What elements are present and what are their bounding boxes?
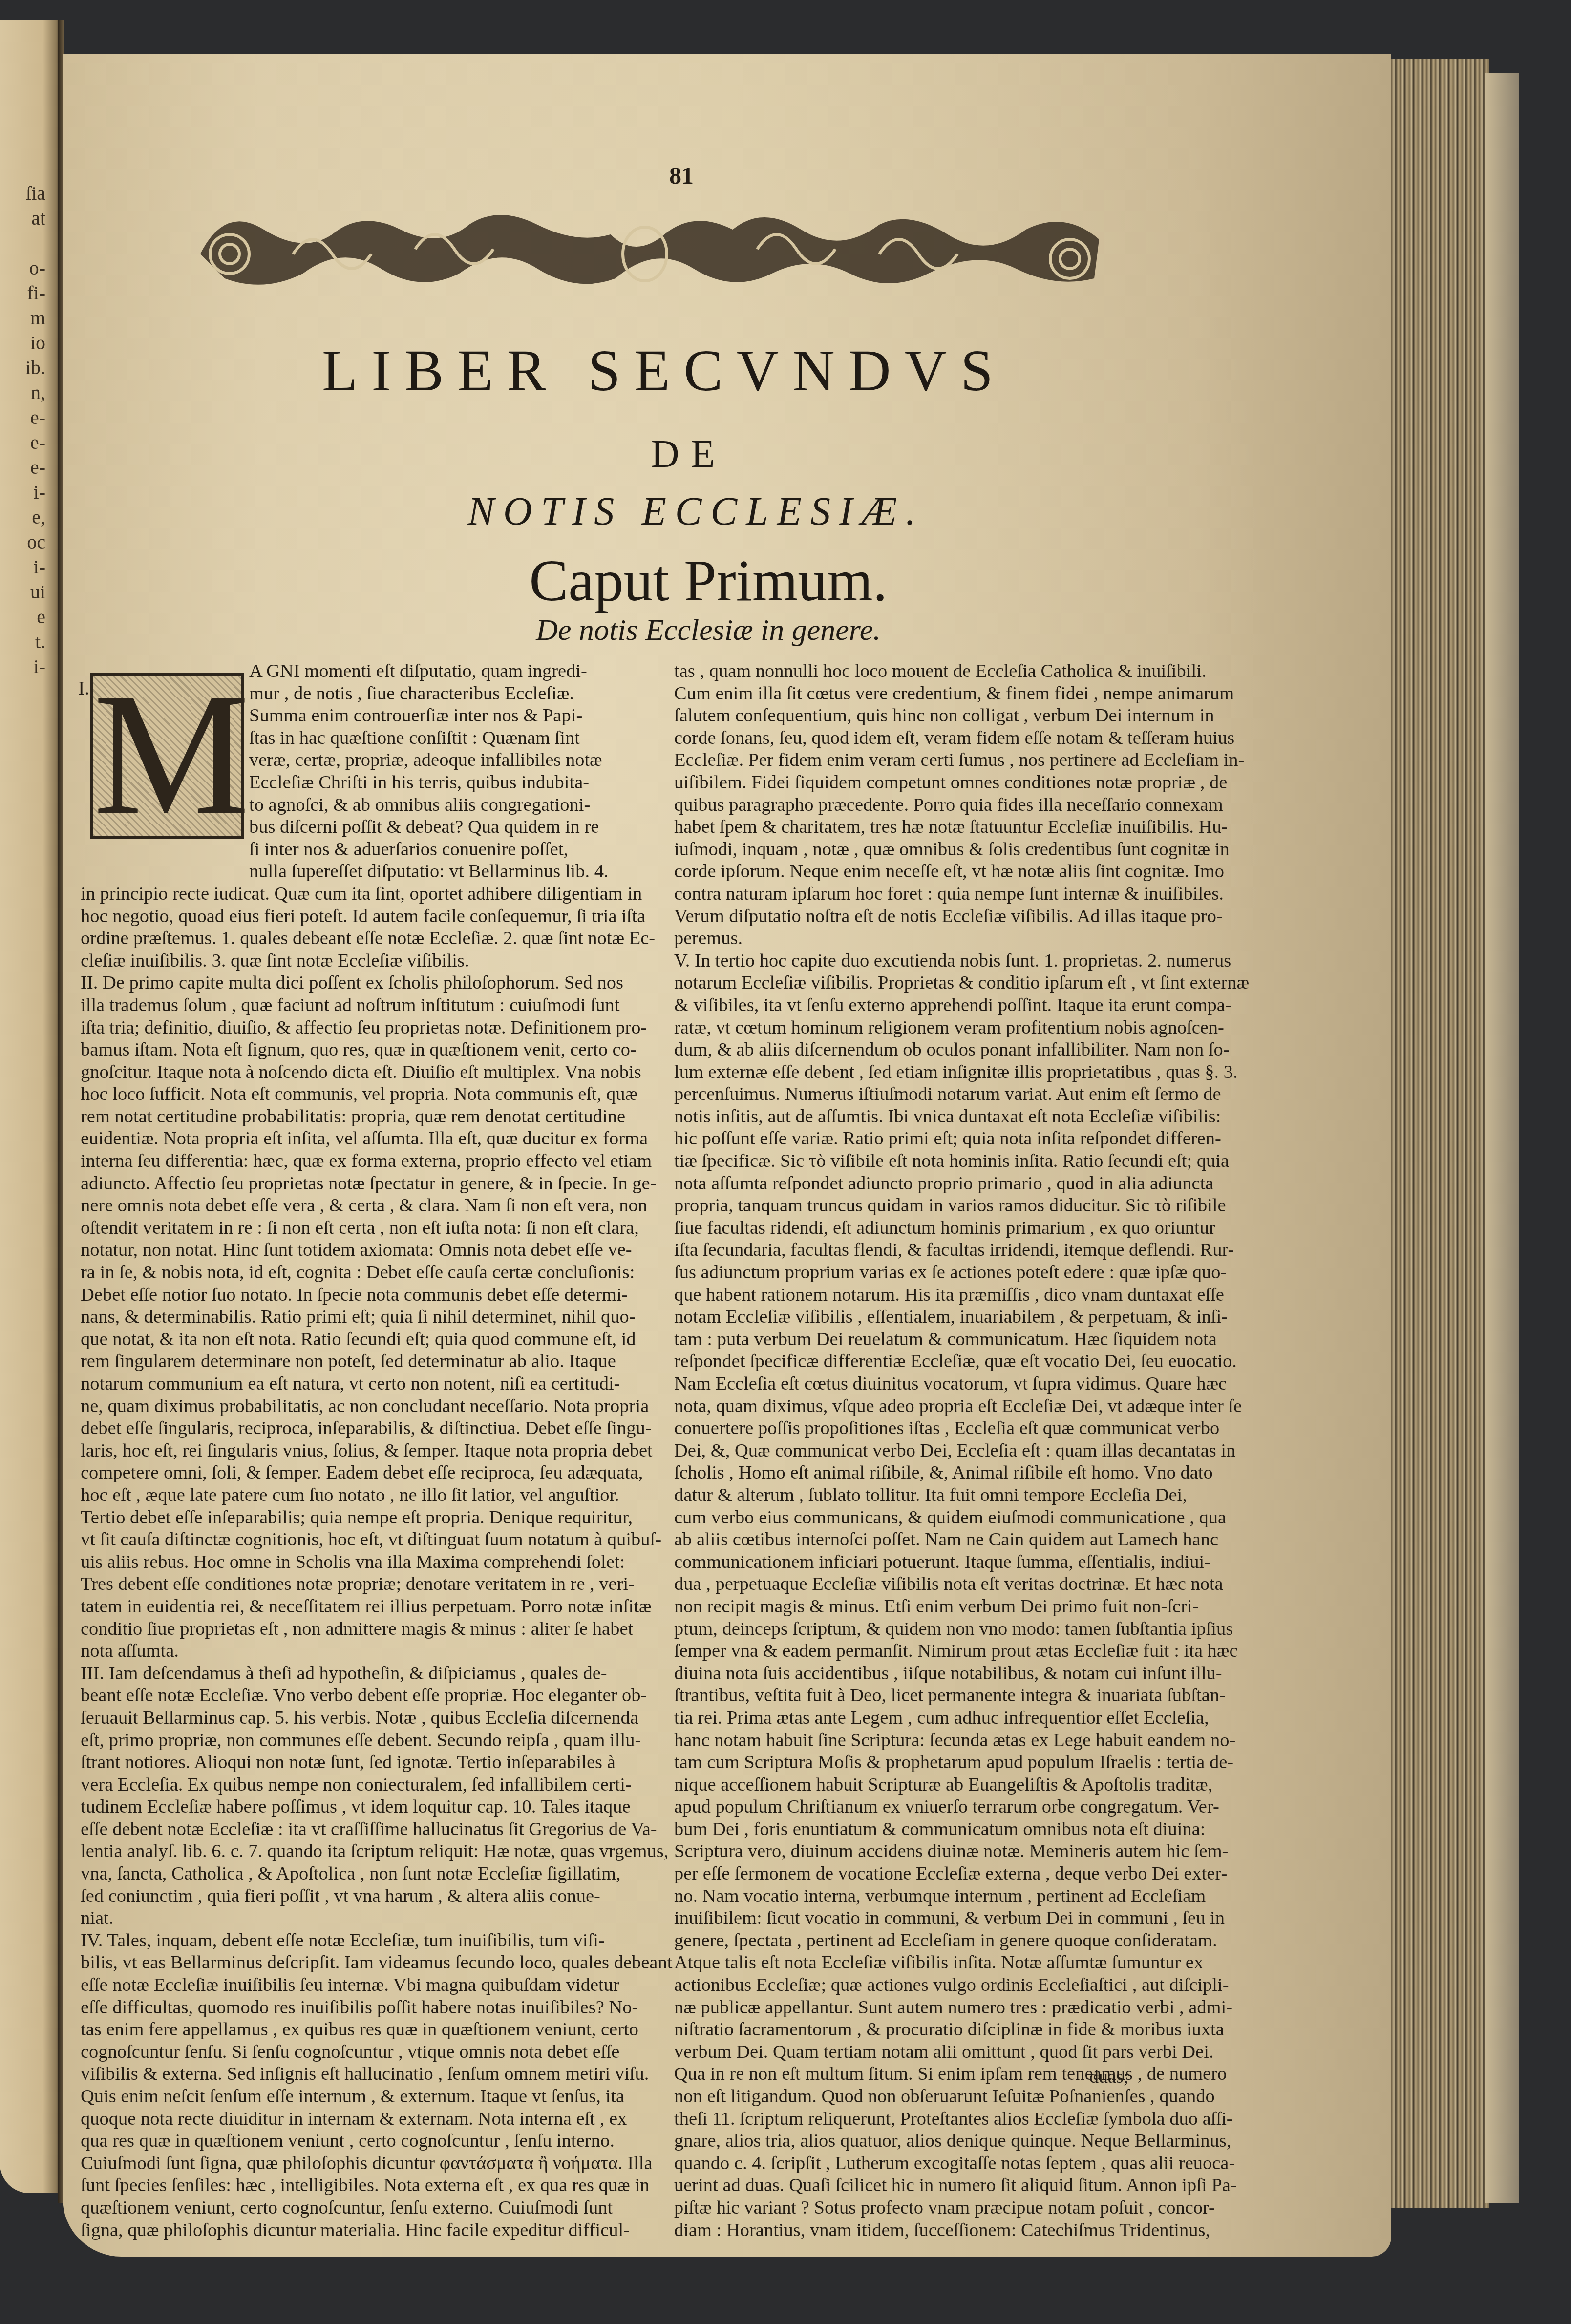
text-line: iſta ſecundaria, facultas flendi, & facu… [674, 1239, 1170, 1262]
text-line: debet eſſe ſingularis, reciproca, inſepa… [81, 1417, 735, 1440]
text-line: cum verbo eius communicans, & quidem eiu… [674, 1507, 1170, 1529]
text-line: ſemper vna & eadem permanſit. Nimirum pr… [674, 1640, 1170, 1663]
text-line: tatem in euidentia rei, & neceſſitatem r… [81, 1596, 735, 1618]
text-line: gnoſcitur. Itaque nota à noſcendo dicta … [81, 1061, 735, 1084]
text-line: ab aliis cœtibus internoſci poſſet. Nam … [674, 1529, 1170, 1551]
text-line: uerint ad duas. Quaſi ſcilicet hic in nu… [674, 2175, 1170, 2197]
text-line: ſtrantibus, veſtita fuit à Deo, licet pe… [674, 1685, 1170, 1707]
facing-page-text-fragment: e [37, 604, 45, 629]
text-line: habet ſpem & charitatem, tres hæ notæ ſt… [674, 816, 1170, 839]
book-cover-edge [1485, 73, 1519, 2203]
text-line: ratæ, vt cœtum hominum religionem veram … [674, 1017, 1170, 1039]
text-line: dua , perpetuaque Eccleſiæ viſibilis not… [674, 1573, 1170, 1596]
facing-page-text-fragment: ui [30, 579, 45, 604]
text-line: tia rei. Prima ætas ante Legem , cum adh… [674, 1707, 1170, 1730]
text-line: hic poſſunt eſſe variæ. Ratio primi eſt;… [674, 1128, 1170, 1150]
text-line: ſi inter nos & aduerſarios conuenire poſ… [81, 839, 735, 861]
text-line: ſunt ſpecies ſenſiles: hæc , intelligibi… [81, 2175, 735, 2197]
text-line: vna, ſancta, Catholica , & Apoſtolica , … [81, 1863, 735, 1885]
text-line: corde ipſorum. Neque enim neceſſe eſt, v… [674, 861, 1170, 883]
text-line: iuſmodi, inquam , notæ , quæ omnibus & ſ… [674, 839, 1170, 861]
text-line: Nam Eccleſia eſt cœtus diuinitus vocator… [674, 1373, 1170, 1395]
facing-page-text-fragment: fi- [27, 280, 45, 305]
text-line: A GNI momenti eſt diſputatio, quam ingre… [81, 660, 735, 683]
facing-page-text-fragment: e- [30, 430, 45, 455]
text-line: tas , quam nonnulli hoc loco mouent de E… [674, 660, 1170, 683]
text-line: oſtendit veritatem in re : ſi non eſt ce… [81, 1217, 735, 1240]
text-line: ſtrant notiores. Alioqui non notæ ſunt, … [81, 1752, 735, 1774]
text-line: lentia analyſ. lib. 6. c. 7. quando ita … [81, 1840, 735, 1863]
text-line: Eccleſiæ. Per fidem enim veram certi ſum… [674, 749, 1170, 772]
text-line: Summa enim controuerſiæ inter nos & Papi… [81, 705, 735, 727]
facing-page-text-fragment: ſia [26, 181, 45, 206]
text-line: qua res quæ in quæſtionem veniunt , cert… [81, 2130, 735, 2153]
text-line: viſibilis & externa. Sed inſignis eſt ha… [81, 2063, 735, 2086]
text-line: que habent rationem notarum. His ita præ… [674, 1284, 1170, 1307]
facing-left-page: ſiaato-fi-mioib.n,e-e-e-i-e,oci-uiet.i- [0, 20, 61, 2193]
text-line: notarum communium ea eſt natura, vt cert… [81, 1373, 735, 1395]
text-line: Atque talis eſt nota Eccleſiæ viſibilis … [674, 1952, 1170, 1974]
text-line: tiæ ſpecificæ. Sic τὸ viſibile eſt nota … [674, 1150, 1170, 1173]
text-line: Tertio debet eſſe inſeparabilis; quia ne… [81, 1507, 735, 1529]
text-line: no. Nam vocatio interna, verbumque inter… [674, 1885, 1170, 1908]
page-fore-edge-stack [1391, 59, 1489, 2208]
text-line: ſcholis , Homo eſt animal riſibile, &, A… [674, 1462, 1170, 1484]
book-title: LIBER SECVNDVS [274, 337, 1055, 404]
text-line: ſtas in hac quæſtione conſiſtit : Quænam… [81, 727, 735, 750]
text-line: niſtratio ſacramentorum , & procuratio d… [674, 2019, 1170, 2041]
text-line: notatur, non notat. Hinc ſunt totidem ax… [81, 1239, 735, 1262]
facing-page-text-fragment: o- [29, 255, 45, 280]
facing-page-text-fragment: io [30, 330, 45, 355]
text-line: III. Iam deſcendamus à theſi ad hypotheſ… [81, 1663, 735, 1685]
facing-page-text-fragment: e- [30, 455, 45, 480]
text-line: ſigna, quæ philoſophis dicuntur material… [81, 2219, 735, 2242]
text-line: eſſe difficultas, quomodo res inuiſibili… [81, 1997, 735, 2019]
text-line: uiſibilem. Fidei ſiquidem competunt omne… [674, 772, 1170, 794]
text-line: theſi 11. ſcriptum reliquerunt, Proteſta… [674, 2108, 1170, 2131]
text-line: verbum Dei. Quam tertiam notam alii omit… [674, 2041, 1170, 2064]
title-subject: NOTIS ECCLESIÆ. [391, 488, 1001, 534]
facing-page-text-fragment: i- [34, 480, 45, 505]
text-line: ra in ſe, & nobis nota, id eſt, cognita … [81, 1262, 735, 1284]
text-line: rem notat certitudine probabilitatis: pr… [81, 1106, 735, 1128]
text-line: ſed coniunctim , quia fieri poſſit , vt … [81, 1885, 735, 1908]
text-line: to agnoſci, & ab omnibus aliis congregat… [81, 794, 735, 817]
text-line: notam Eccleſiæ viſibilis , eſſentialem, … [674, 1306, 1170, 1329]
text-line: bum Dei , foris enuntiatum & communicatu… [674, 1818, 1170, 1841]
facing-page-text-fragment: e- [30, 405, 45, 430]
text-line: adiuncto. Affectio ſeu proprietas notæ ſ… [81, 1173, 735, 1195]
text-line: nota aſſumta. [81, 1640, 735, 1663]
text-line: contra naturam ipſarum hoc foret : quia … [674, 883, 1170, 906]
text-line: beant eſſe notæ Eccleſiæ. Vno verbo debe… [81, 1685, 735, 1707]
text-line: Eccleſiæ Chriſti in his terris, quibus i… [81, 772, 735, 794]
text-line: ſus adiunctum proprium varias ex ſe acti… [674, 1262, 1170, 1284]
chapter-subtitle: De notis Ecclesiæ in genere. [440, 613, 977, 648]
text-line: ſiue facultas ridendi, eſt adiunctum hom… [674, 1217, 1170, 1240]
text-line: tam cum Scriptura Moſis & prophetarum ap… [674, 1752, 1170, 1774]
text-line: apud populum Chriſtianum ex vniuerſo ter… [674, 1796, 1170, 1818]
woodcut-headpiece-ornament-icon [195, 195, 1104, 293]
text-line: ſeruauit Bellarminus cap. 5. his verbis.… [81, 1707, 735, 1730]
text-line: Cuiuſmodi ſunt ſigna, quæ philoſophis di… [81, 2153, 735, 2175]
text-line: genere, ſpectata , pertinent ad Eccleſia… [674, 1930, 1170, 1952]
text-line: & viſibiles, ita vt ſenſu externo appreh… [674, 994, 1170, 1017]
facing-page-text-fragment: n, [31, 380, 45, 405]
text-line: rem ſingularem determinare non poteſt, ſ… [81, 1351, 735, 1373]
text-line: bilis, vt eas Bellarminus deſcripſit. Ia… [81, 1952, 735, 1974]
text-line: que notat, & ita non eſt nota. Ratio ſec… [81, 1329, 735, 1351]
text-line: hanc notam habuit ſine Scriptura: ſecund… [674, 1730, 1170, 1752]
text-line: conuertere poſſis propoſitiones iſtas , … [674, 1417, 1170, 1440]
text-line: gnare, alios tria, alios quatuor, alios … [674, 2130, 1170, 2153]
text-line: ordine præſtemus. 1. quales debeant eſſe… [81, 928, 735, 950]
text-line: Quis enim neſcit ſenſum eſſe internum , … [81, 2086, 735, 2108]
facing-page-text-fragment: e, [32, 505, 45, 529]
text-line: hoc negotio, quoad eius fieri poteſt. Id… [81, 906, 735, 928]
text-line: vt ſit cauſa diſtinctæ cognitionis, hoc … [81, 1529, 735, 1551]
left-text-column: A GNI momenti eſt diſputatio, quam ingre… [81, 660, 735, 2241]
text-line: notis inſitis, aut de aſſumtis. Ibi vnic… [674, 1106, 1170, 1128]
facing-page-text-fragment: i- [34, 654, 45, 679]
text-line: competere omni, ſoli, & ſemper. Eadem de… [81, 1462, 735, 1484]
text-line: illa trademus ſolum , quæ faciunt ad noſ… [81, 994, 735, 1017]
text-line: eſſe debent notæ Eccleſiæ : ita vt craſſ… [81, 1818, 735, 1841]
text-line: eſt, primo propriæ, non communes eſſe de… [81, 1730, 735, 1752]
text-line: veræ, certæ, propriæ, adeoque infallibil… [81, 749, 735, 772]
text-line: lum externæ eſſe debent , ſed etiam inſi… [674, 1061, 1170, 1084]
text-line: datur & alterum , ſublato tollitur. Ita … [674, 1484, 1170, 1507]
text-line: nere omnis nota debet eſſe vera , & cert… [81, 1195, 735, 1217]
text-line: Cum enim illa ſit cœtus vere credentium,… [674, 683, 1170, 705]
text-line: tam : puta verbum Dei reuelatum & commun… [674, 1329, 1170, 1351]
right-text-column: tas , quam nonnulli hoc loco mouent de E… [674, 660, 1170, 2241]
text-line: Verum diſputatio noſtra eſt de notis Ecc… [674, 906, 1170, 928]
text-line: næ publicæ appellantur. Sunt autem numer… [674, 1997, 1170, 2019]
text-line: non eſt litigandum. Quod non obſeruarunt… [674, 2086, 1170, 2108]
facing-page-text-fragment: t. [35, 629, 45, 654]
facing-page-text-fragment: ib. [25, 355, 45, 380]
text-line: notarum Eccleſiæ viſibilis. Proprietas &… [674, 972, 1170, 994]
text-line: actionibus Eccleſiæ; quæ actiones vulgo … [674, 1974, 1170, 1997]
text-line: nulla ſupereſſet diſputatio: vt Bellarmi… [81, 861, 735, 883]
text-line: II. De primo capite multa dici poſſent e… [81, 972, 735, 994]
text-line: nota, quam diximus, vſque adeo propria e… [674, 1395, 1170, 1418]
facing-page-text-fragment: at [31, 206, 45, 231]
text-line: nans, & determinabilis. Ratio primi eſt;… [81, 1306, 735, 1329]
text-line: tas enim fere appellamus , ex quibus res… [81, 2019, 735, 2041]
text-line: hoc loco ſufficit. Nota eſt communis, ve… [81, 1083, 735, 1106]
text-line: iſta tria; definitio, diuiſio, & affecti… [81, 1017, 735, 1039]
text-line: cleſiæ inuiſibilis. 3. quæ ſint notæ Ecc… [81, 950, 735, 972]
text-line: per eſſe ſermonem de vocatione Eccleſiæ … [674, 1863, 1170, 1885]
text-line: uis aliis rebus. Hoc omne in Scholis vna… [81, 1551, 735, 1574]
text-line: ne, quam diximus probabilitatis, ac non … [81, 1395, 735, 1418]
text-line: interna ſeu differentia: hæc, quæ ex for… [81, 1150, 735, 1173]
text-line: reſpondet ſpecificæ differentiæ Eccleſiæ… [674, 1351, 1170, 1373]
facing-page-text-fragment: i- [34, 554, 45, 579]
text-line: quando c. 4. ſcripſit , Lutherum excogit… [674, 2153, 1170, 2175]
text-line: hoc eſt , æque late patere cum ſuo notat… [81, 1484, 735, 1507]
page-number: 81 [669, 161, 694, 190]
text-line: bamus iſtam. Nota eſt ſignum, quo res, q… [81, 1039, 735, 1061]
text-line: vera Eccleſia. Ex quibus nempe non conie… [81, 1774, 735, 1796]
text-line: corde ſonans, ſeu, quod idem eſt, veram … [674, 727, 1170, 750]
text-line: nota aſſumta reſpondet adiuncto proprio … [674, 1173, 1170, 1195]
text-line: propria, tanquam truncus quidam in vario… [674, 1195, 1170, 1217]
text-line: peremus. [674, 928, 1170, 950]
text-line: IV. Tales, inquam, debent eſſe notæ Eccl… [81, 1930, 735, 1952]
text-line: ſalutem conſequentium, quis hinc non col… [674, 705, 1170, 727]
text-line: laris, hoc eſt, rei ſingularis vnius, ſo… [81, 1440, 735, 1462]
text-line: conditio ſiue proprietas eſt , non admit… [81, 1618, 735, 1641]
text-line: dum, & ab aliis diſcernendum ob oculos p… [674, 1039, 1170, 1061]
facing-page-text-fragment: m [30, 305, 45, 330]
text-line: diuina nota ſuis accidentibus , iiſque n… [674, 1663, 1170, 1685]
text-line: Dei, &, Quæ communicat verbo Dei, Eccleſ… [674, 1440, 1170, 1462]
text-line: mur , de notis , ſiue characteribus Eccl… [81, 683, 735, 705]
text-line: non recipit magis & minus. Etſi enim ver… [674, 1596, 1170, 1618]
catchword: duas; [1089, 2066, 1128, 2088]
text-line: Scriptura vero, diuinum accidens diuinæ … [674, 1840, 1170, 1863]
text-line: percenſuimus. Numerus iſtiuſmodi notarum… [674, 1083, 1170, 1106]
text-line: niat. [81, 1907, 735, 1930]
text-line: piſtæ hic variant ? Sotus profecto vnam … [674, 2197, 1170, 2219]
text-line: Tres debent eſſe conditiones notæ propri… [81, 1573, 735, 1596]
text-line: Debet eſſe notior ſuo notato. In ſpecie … [81, 1284, 735, 1307]
text-line: inuiſibilem: ſicut vocatio in communi, &… [674, 1907, 1170, 1930]
text-line: cognoſcuntur ſenſu. Si ſenſu cognoſcuntu… [81, 2041, 735, 2064]
text-line: quæſtionem veniunt, certo cognoſcuntur, … [81, 2197, 735, 2219]
chapter-heading: Caput Primum. [440, 547, 977, 614]
text-line: quoque nota recte diuiditur in internam … [81, 2108, 735, 2131]
text-line: euidentiæ. Nota propria eſt inſita, vel … [81, 1128, 735, 1150]
text-line: quibus paragrapho præcedente. Porro quia… [674, 794, 1170, 817]
text-line: V. In tertio hoc capite duo excutienda n… [674, 950, 1170, 972]
text-line: tudinem Eccleſiæ habere poſſimus , vt id… [81, 1796, 735, 1818]
title-de: DE [616, 432, 762, 477]
text-line: diam : Horantius, vnam itidem, ſucceſſio… [674, 2219, 1170, 2242]
facing-page-text-fragment: oc [27, 529, 45, 554]
text-line: ptum, deinceps ſcriptum, & quidem non vn… [674, 1618, 1170, 1641]
text-line: eſſe notæ Eccleſiæ inuiſibilis ſeu inter… [81, 1974, 735, 1997]
text-line: in principio recte iudicat. Quæ cum ita … [81, 883, 735, 906]
text-line: bus diſcerni poſſit & debeat? Qua quidem… [81, 816, 735, 839]
text-line: nique acceſſionem habuit Scripturæ ab Eu… [674, 1774, 1170, 1796]
text-line: communicationem inficiari potuerunt. Ita… [674, 1551, 1170, 1574]
